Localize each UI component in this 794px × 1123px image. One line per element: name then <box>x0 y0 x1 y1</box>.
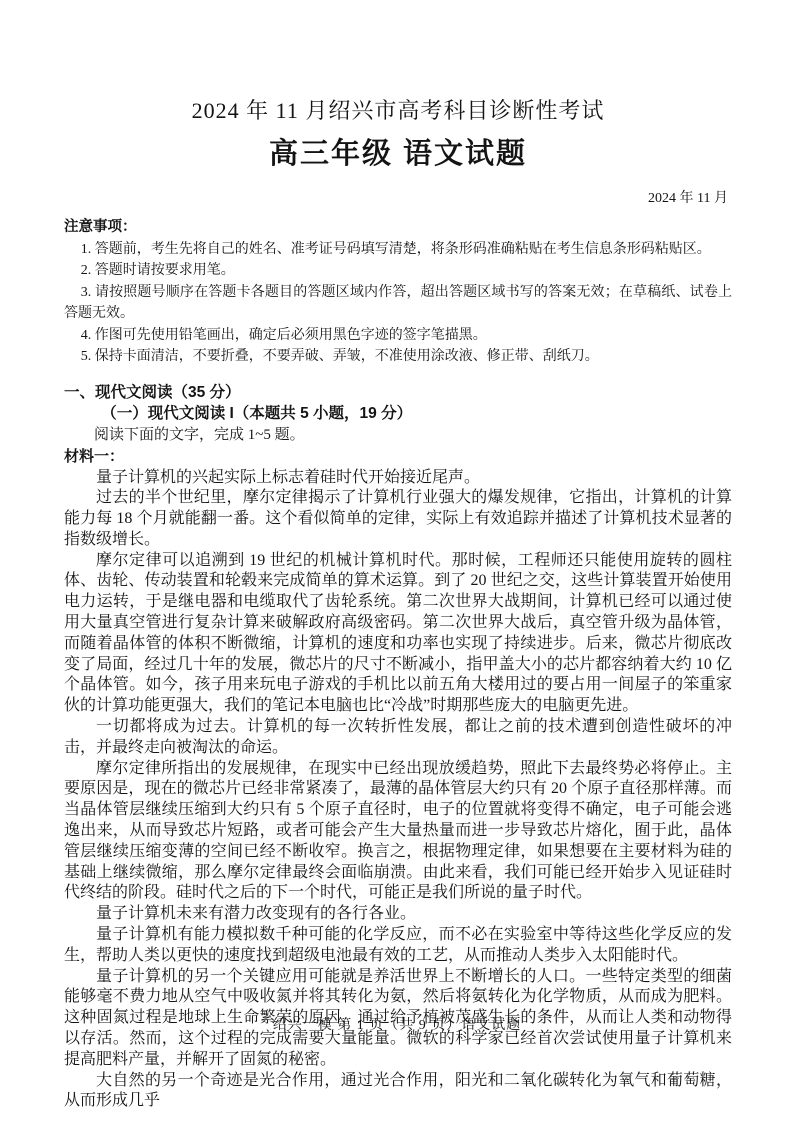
notice-item-5: 5. 保持卡面清洁，不要折叠，不要弄破、弄皱，不准使用涂改液、修正带、刮纸刀。 <box>64 346 732 368</box>
notice-item-3: 3. 请按照题号顺序在答题卡各题目的答题区域内作答，超出答题区域书写的答案无效；… <box>64 282 732 325</box>
notice-item-1: 1. 答题前，考生先将自己的姓名、准考证号码填写清楚，将条形码准确粘贴在考生信息… <box>64 239 732 261</box>
reading-section: 一、现代文阅读（35 分） （一）现代文阅读 I（本题共 5 小题，19 分） … <box>64 382 732 468</box>
page-footer: 绍兴一模 第 1 页（共 9 页）语文试题 <box>0 1017 794 1035</box>
material-paragraph: 摩尔定律所指出的发展规律，在现实中已经出现放缓趋势，照此下去最终势必将停止。主要… <box>64 759 732 905</box>
material-one-body: 量子计算机的兴起实际上标志着硅时代开始接近尾声。 过去的半个世纪里，摩尔定律揭示… <box>64 468 732 1113</box>
section-heading: 一、现代文阅读（35 分） <box>64 382 732 404</box>
material-paragraph: 大自然的另一个奇迹是光合作用，通过光合作用，阳光和二氧化碳转化为氧气和葡萄糖，从… <box>64 1071 732 1113</box>
exam-date: 2024 年 11 月 <box>64 189 732 209</box>
exam-session-title: 2024 年 11 月绍兴市高考科目诊断性考试 <box>64 96 732 126</box>
material-paragraph: 过去的半个世纪里，摩尔定律揭示了计算机行业强大的爆发规律，它指出，计算机的计算能… <box>64 488 732 550</box>
exam-page: 2024 年 11 月绍兴市高考科目诊断性考试 高三年级 语文试题 2024 年… <box>0 0 794 1123</box>
material-paragraph: 量子计算机的兴起实际上标志着硅时代开始接近尾声。 <box>64 468 732 489</box>
material-paragraph: 量子计算机有能力模拟数千种可能的化学反应，而不必在实验室中等待这些化学反应的发生… <box>64 925 732 967</box>
notice-item-4: 4. 作图可先使用铅笔画出，确定后必须用黑色字迹的签字笔描黑。 <box>64 325 732 347</box>
notices-section: 注意事项： 1. 答题前，考生先将自己的姓名、准考证号码填写清楚，将条形码准确粘… <box>64 217 732 368</box>
notice-item-2: 2. 答题时请按要求用笔。 <box>64 260 732 282</box>
paper-title: 高三年级 语文试题 <box>64 135 732 173</box>
reading-instruction: 阅读下面的文字，完成 1~5 题。 <box>64 425 732 447</box>
notices-heading: 注意事项： <box>64 217 732 239</box>
material-paragraph: 量子计算机未来有潜力改变现有的各行各业。 <box>64 904 732 925</box>
material-paragraph: 摩尔定律可以追溯到 19 世纪的机械计算机时代。那时候，工程师还只能使用旋转的圆… <box>64 551 732 717</box>
subsection-heading: （一）现代文阅读 I（本题共 5 小题，19 分） <box>64 403 732 425</box>
material-one-label: 材料一： <box>64 446 732 468</box>
material-paragraph: 一切都将成为过去。计算机的每一次转折性发展，都让之前的技术遭到创造性破坏的冲击，… <box>64 717 732 759</box>
